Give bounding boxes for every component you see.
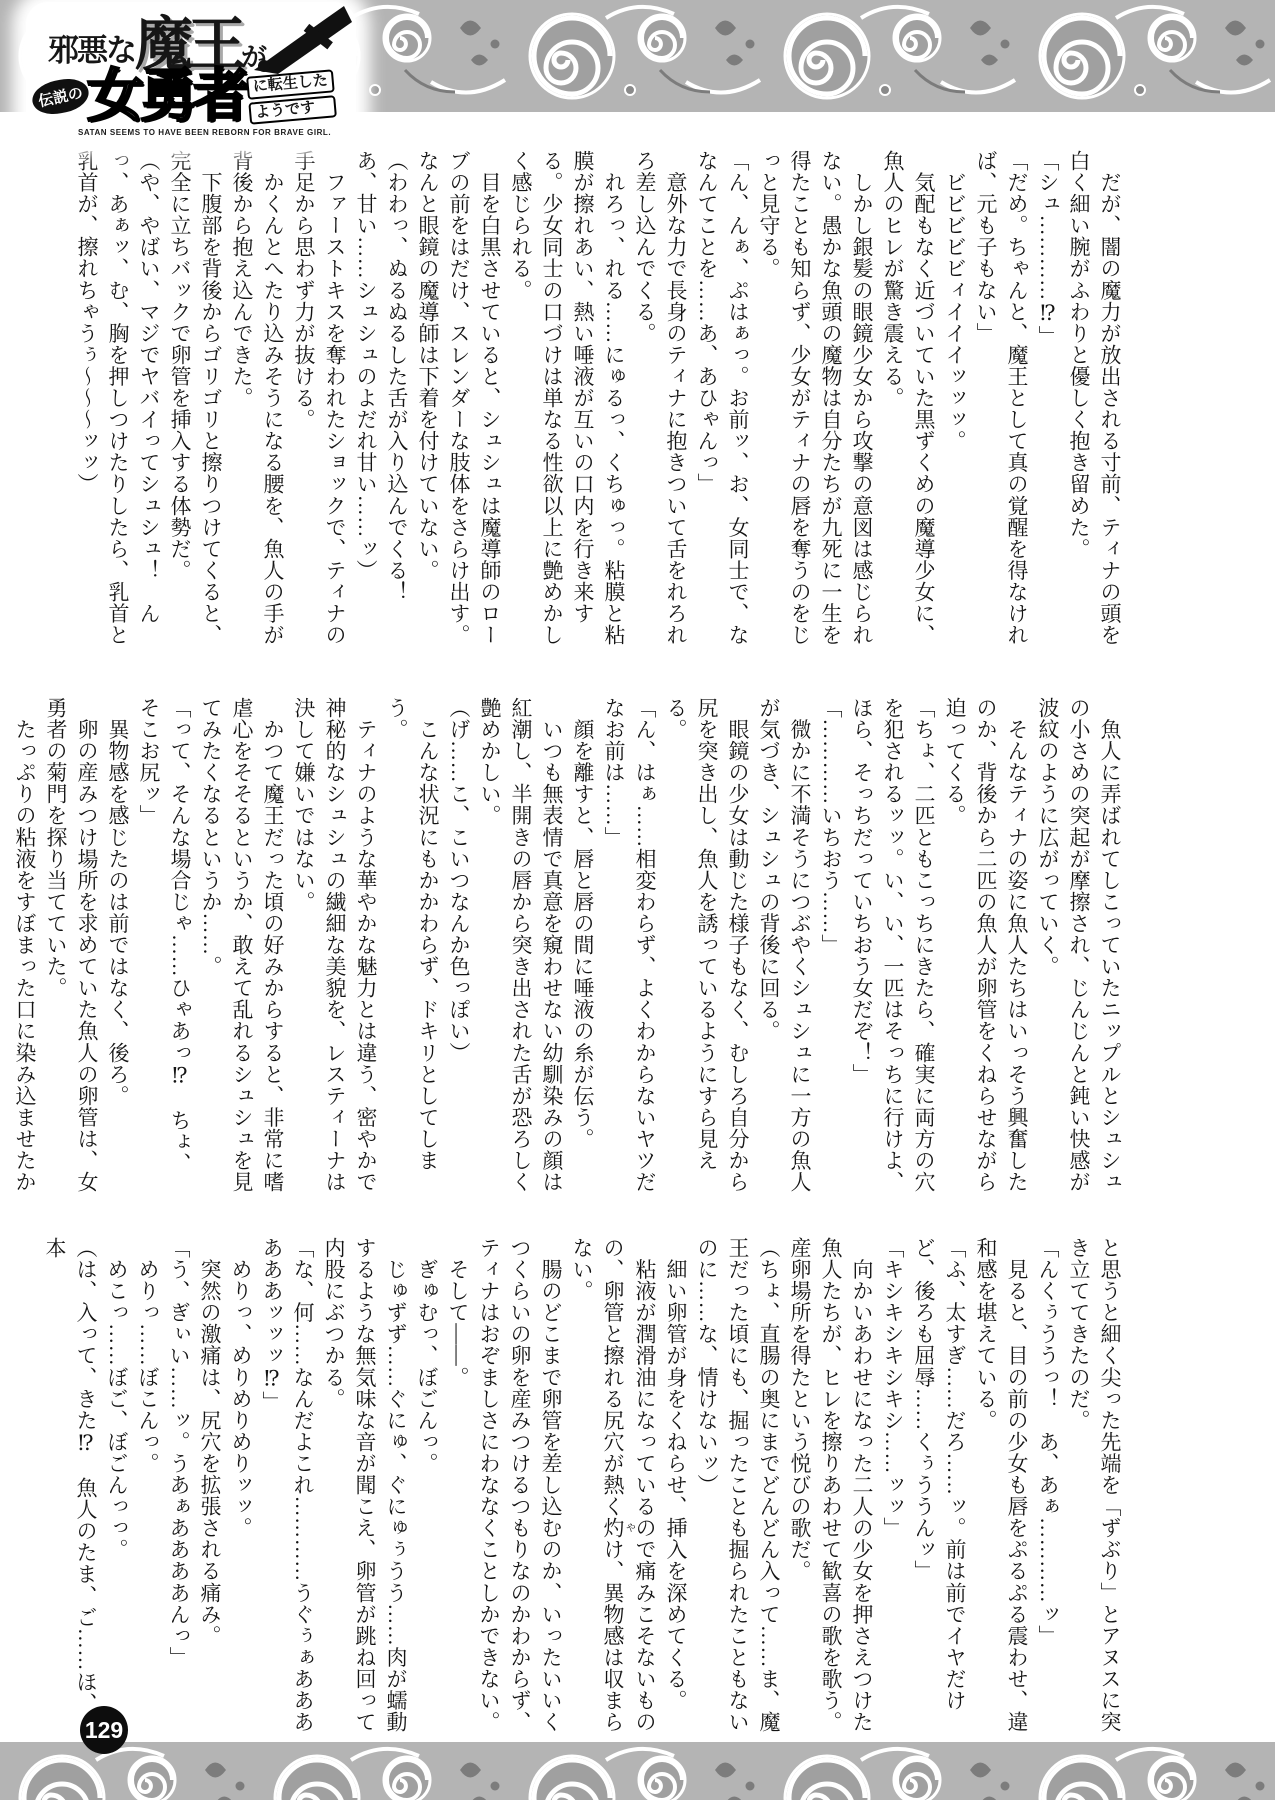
paragraph: めりっ……ぼこんっ。 — [132, 1237, 163, 1733]
paragraph: 粘液が潤滑油になっているので痛みこそないものの、卵管と擦れる尻穴が熱く灼やけ、異… — [566, 1237, 660, 1733]
paragraph: 「ん、はぁ……相変わらず、よくわからないヤツだなお前は……」 — [598, 697, 660, 1193]
paragraph: ビビビビビィイイイッッッ。 — [939, 150, 970, 646]
paragraph: 眼鏡の少女は動じた様子もなく、むしろ自分から尻を突き出し、魚人を誘っているように… — [660, 697, 753, 1193]
series-logo: 邪悪な 魔王 が 伝説の 女勇者 に転生した ようです SATAN SEEMS … — [26, 2, 356, 140]
paragraph: （げ……こ、こいつなんか色っぽい） — [443, 697, 474, 1193]
paragraph: 「な、何……なんだよこれ…………うぐぅぁああああああッッッ⁉」 — [256, 1237, 318, 1733]
paragraph: 卵の産みつけ場所を求めていた魚人の卵管は、女勇者の菊門を探り当てていた。 — [40, 697, 102, 1193]
logo-bubble-densetsu: 伝説の — [29, 74, 92, 118]
paragraph: 「う、ぎぃい……ッ。うあぁああああんっ」 — [163, 1237, 194, 1733]
paragraph: めりっ、めりめりめりッッ。 — [225, 1237, 256, 1733]
paragraph: かつて魔王だった頃の好みからすると、非常に嗜虐心をそそるというか、敢えて乱れるシ… — [195, 697, 288, 1193]
paragraph: 「…………いちおう……」 — [815, 697, 846, 1193]
paragraph: （わわっ、ぬるぬるした舌が入り込んでくる！ あ、甘い……シュシュのよだれ甘い……… — [350, 150, 412, 646]
text-band-3: と思うと細く尖った先端を「ずぶり」とアヌスに突き立ててきたのだ。「んくぅううっ！… — [63, 1237, 1125, 1733]
paragraph: れろっ、れる……にゅるっ、くちゅっ。粘膜と粘膜が擦れあい、熱い唾液が互いの口内を… — [505, 150, 629, 646]
paragraph: 突然の激痛は、尻穴を拡張される痛み。 — [194, 1237, 225, 1733]
logo-line1: 邪悪な 魔王 が — [48, 10, 350, 72]
paragraph: 「シュ…………⁉」 — [1032, 150, 1063, 646]
bottom-ornament-pattern — [0, 1742, 1275, 1800]
page-number: 129 — [85, 1717, 123, 1744]
paragraph: 「んくぅううっ！ あ、あぁ…………ッ」 — [1032, 1237, 1063, 1733]
logo-tag-youdesu: ようです — [248, 94, 337, 124]
paragraph: と思うと細く尖った先端を「ずぶり」とアヌスに突き立ててきたのだ。 — [1063, 1237, 1125, 1733]
novel-page: 邪悪な 魔王 が 伝説の 女勇者 に転生した ようです SATAN SEEMS … — [0, 0, 1275, 1800]
paragraph: だが、闇の魔力が放出される寸前、ティナの頭を白く細い腕がふわりと優しく抱き留めた… — [1063, 150, 1125, 646]
paragraph: 顔を離すと、唇と唇の間に唾液の糸が伝う。 — [567, 697, 598, 1193]
paragraph: ぎゅむっ、ぼごんっ。 — [411, 1237, 442, 1733]
logo-tag-tensei: に転生した — [246, 69, 335, 99]
paragraph: 「キシキシキシキシ……ッッ」 — [877, 1237, 908, 1733]
paragraph: いつも無表情で真意を窺わせない幼馴染みの顔は紅潮し、半開きの唇から突き出された舌… — [474, 697, 567, 1193]
text-band-2: 魚人に弄ばれてしこっていたニップルとシュシュの小さめの突起が摩擦され、じんじんと… — [63, 697, 1125, 1193]
paragraph: （は、入って、きた⁉ 魚人のたま、ご……ほ、本 — [39, 1237, 101, 1733]
paragraph: 微かに不満そうにつぶやくシュシュに一方の魚人が気づき、シュシュの背後に回る。 — [753, 697, 815, 1193]
paragraph: めこっ……ぼご、ぼごんっっ。 — [101, 1237, 132, 1733]
logo-text-onna-yuusha: 女勇者 — [87, 68, 246, 125]
paragraph: 「ふ、太すぎ……だろ……ッ。前は前でイヤだけど、後ろも屈辱……くぅううんッ」 — [908, 1237, 970, 1733]
paragraph: かくんとへたり込みそうになる腰を、魚人の手が背後から抱え込んできた。 — [226, 150, 288, 646]
paragraph: ティナのような華やかな魅力とは違う、密やかで神秘的なシュシュの繊細な美貌を、レス… — [288, 697, 381, 1193]
logo-english-subtitle: SATAN SEEMS TO HAVE BEEN REBORN FOR BRAV… — [78, 128, 350, 137]
paragraph: そんなティナの姿に魚人たちはいっそう興奮したのか、背後から二匹の魚人が卵管をくね… — [939, 697, 1032, 1193]
paragraph: 向かいあわせになった二人の少女を押さえつけた魚人たちが、ヒレを擦りあわせて歓喜の… — [784, 1237, 877, 1733]
paragraph: 「だめ。ちゃんと、魔王として真の覚醒を得なければ、元も子もない」 — [970, 150, 1032, 646]
paragraph: （や、やばい、マジでヤバイってシュシュ！ んっ、あぁッ、む、胸を押しつけたりした… — [71, 150, 164, 646]
paragraph: 気配もなく近づいていた黒ずくめの魔導少女に、魚人のヒレが驚き震える。 — [877, 150, 939, 646]
page-number-badge: 129 — [80, 1706, 128, 1754]
paragraph: （ちょ、直腸の奥にまでどんどん入って……ま、魔王だった頃にも、掘ったことも掘られ… — [691, 1237, 784, 1733]
paragraph: そして――。 — [442, 1237, 473, 1733]
paragraph: 目を白黒させていると、シュシュは魔導師のローブの前をはだけ、スレンダーな肢体をさ… — [412, 150, 505, 646]
paragraph: たっぷりの粘液をすぼまった口に染み込ませたか — [9, 697, 40, 1193]
sword-icon — [240, 4, 360, 76]
paragraph: 「ん、んぁ、ぷはぁっ。お前ッ、お、女同士で、ななんてことを……あ、あひゃんっ」 — [691, 150, 753, 646]
paragraph: 「って、そんな場合じゃ……ひゃあっ⁉ ちょ、そこお尻ッ」 — [133, 697, 195, 1193]
paragraph: 見ると、目の前の少女も唇をぷるぷる震わせ、違和感を堪えている。 — [970, 1237, 1032, 1733]
paragraph: 腸のどこまで卵管を差し込むのか、いったいいくつくらいの卵を産みつけるつもりなのか… — [473, 1237, 566, 1733]
paragraph: しかし銀髪の眼鏡少女から攻撃の意図は感じられない。愚かな魚頭の魔物は自分たちが九… — [753, 150, 877, 646]
paragraph: 魚人に弄ばれてしこっていたニップルとシュシュの小さめの突起が摩擦され、じんじんと… — [1032, 697, 1125, 1193]
logo-line2: 伝説の 女勇者 に転生した ようです — [32, 68, 350, 125]
paragraph: 下腹部を背後からゴリゴリと擦りつけてくると、完全に立ちバックで卵管を挿入する体勢… — [164, 150, 226, 646]
paragraph: こんな状況にもかかわらず、ドキリとしてしまう。 — [381, 697, 443, 1193]
paragraph: 細い卵管が身をくねらせ、挿入を深めてくる。 — [660, 1237, 691, 1733]
paragraph: ファーストキスを奪われたショックで、ティナの手足から思わず力が抜ける。 — [288, 150, 350, 646]
paragraph: じゅずず……ぐにゅ、ぐにゅぅうう……肉が蠕動するような無気味な音が聞こえ、卵管が… — [318, 1237, 411, 1733]
paragraph: 意外な力で長身のティナに抱きついて舌をれろれろ差し込んでくる。 — [629, 150, 691, 646]
text-band-1: だが、闇の魔力が放出される寸前、ティナの頭を白く細い腕がふわりと優しく抱き留めた… — [63, 150, 1125, 646]
logo-tags: に転生した ようです — [246, 69, 337, 124]
bottom-ornament-border — [0, 1742, 1275, 1800]
paragraph: 「ちょ、二匹ともこっちにきたら、確実に両方の穴を犯されるッッ。い、い、一匹はそっ… — [846, 697, 939, 1193]
paragraph: 異物感を感じたのは前ではなく、後ろ。 — [102, 697, 133, 1193]
